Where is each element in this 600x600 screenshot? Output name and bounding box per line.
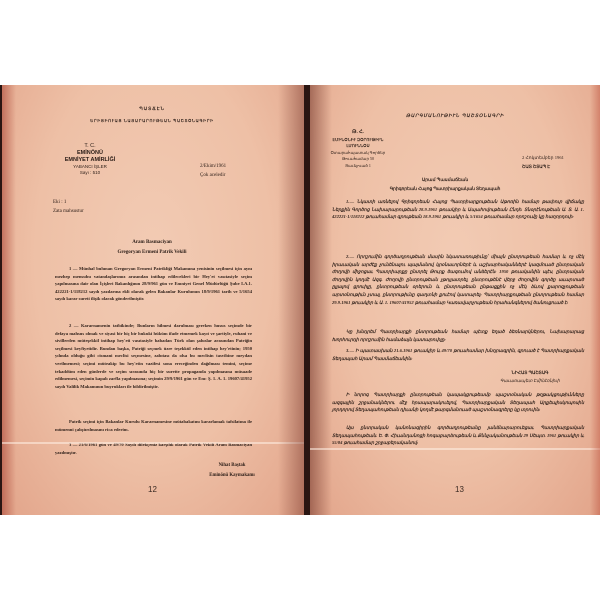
sender-line: Sayı : 510 xyxy=(50,170,130,176)
recipient-title: Gregoryan Ermeni Patrik Vekili xyxy=(2,250,302,256)
armenian-paragraph-1: 1.— Նկատի առնելով Գրիգորեան Հայոց Պատրիա… xyxy=(332,198,584,221)
fold-crease xyxy=(310,448,600,450)
page-number-right: 13 xyxy=(455,485,464,494)
armenian-sender-block: Թ. Հ. ԷՄԻՆՕՆԻՒ ԶՕՐՈՒԹԻՒՆ ԼՄՈՒՆՆՕՍ Օտարահ… xyxy=(318,130,398,169)
armenian-paragraph-2: 2.— Որոշումին գործադրութեան մասին նկատառ… xyxy=(332,253,584,306)
sender-line: EMİNÖNÜ xyxy=(50,150,130,157)
right-page: ԹԱՐԳՄԱՆՈՒԹԻՒՆ ՊԱՇՏՕՆԱԳՐԻ Թ. Հ. ԷՄԻՆՕՆԻՒ … xyxy=(310,85,600,515)
armenian-recipient-title: Գրիգորեան Հայոց Պատրիարքական Տեղապահ xyxy=(310,186,580,192)
paragraph-2: 2 — Kararnamenin tatbikinde; Bunların hi… xyxy=(55,322,252,390)
armenian-urgency: ՇԱՏ ՇՏԱՊ Է xyxy=(522,164,550,170)
sender-line: T. C. xyxy=(50,143,130,150)
signature-title: Eminönü Kaymakamı xyxy=(197,473,267,479)
armenian-note-1: Ի նորոգ Պատրիարքի ընտրութեան կապակցութեա… xyxy=(332,391,584,414)
document-date: 2/Ekim/1961 xyxy=(200,164,226,170)
signature-name: Nihat Baştak xyxy=(197,463,267,469)
armenian-date: 2 Հոկտեմբեր 1961 xyxy=(522,155,564,161)
confidential-note: Zata mahsustur xyxy=(53,209,84,215)
right-header: ԹԱՐԳՄԱՆՈՒԹԻՒՆ ՊԱՇՏՕՆԱԳՐԻ xyxy=(310,113,600,119)
left-header-line2: ԵՐԻՑԻՈՒԱՑ ՆԱՅԱՐԱՐՈՒԹԵԱՆ ՊԱՇՏՕՆԱԳԻՐԻ xyxy=(2,118,302,124)
sender-block: T. C. EMİNÖNÜ EMNİYET AMİRLİĞİ YABANCI İ… xyxy=(50,143,130,176)
paragraph-1: 1 — Münhal bulunan Gregoryan Ermeni Patr… xyxy=(55,265,252,303)
paragraph-closing: Patrik seçimi için Bakanlar Kurulu Karar… xyxy=(55,418,252,433)
armenian-paragraph-3: 3.— Ի պատասխան 21.6.1961 թուակիր և 49/70… xyxy=(332,347,584,362)
page-number-left: 12 xyxy=(148,485,157,494)
fold-crease xyxy=(2,442,304,444)
armenian-signature-title: Գաւառապետ Էմինէօնիւի xyxy=(490,378,570,384)
armenian-paragraph-closing: Կը խնդրեմ Պատրիարքի ընտրութեան համար պէտ… xyxy=(332,328,584,343)
sender-line: Յաւելուած 1 xyxy=(318,163,398,170)
attachment-count: Eki : 1 xyxy=(53,200,66,206)
open-book: ՊԱՏՃԷՆ ԵՐԻՑԻՈՒԱՑ ՆԱՅԱՐԱՐՈՒԹԵԱՆ ՊԱՇՏՕՆԱԳԻ… xyxy=(0,85,600,515)
sender-line: EMNİYET AMİRLİĞİ xyxy=(50,157,130,164)
recipient-name: Aram Basmaciyan xyxy=(2,240,302,246)
left-page: ՊԱՏՃԷՆ ԵՐԻՑԻՈՒԱՑ ՆԱՅԱՐԱՐՈՒԹԵԱՆ ՊԱՇՏՕՆԱԳԻ… xyxy=(2,85,304,515)
urgency-note: Çok aceledir xyxy=(200,173,225,179)
armenian-signature-name: ՆԻՀԱՏ ՊԱՇՏԱԳ xyxy=(490,370,570,376)
armenian-note-2: Այս ընտրական կանոնագիրին գործադրութեանը … xyxy=(332,424,584,447)
armenian-recipient-name: Արամ Պասմաճեան xyxy=(310,177,580,183)
left-header-line1: ՊԱՏՃԷՆ xyxy=(2,106,302,112)
